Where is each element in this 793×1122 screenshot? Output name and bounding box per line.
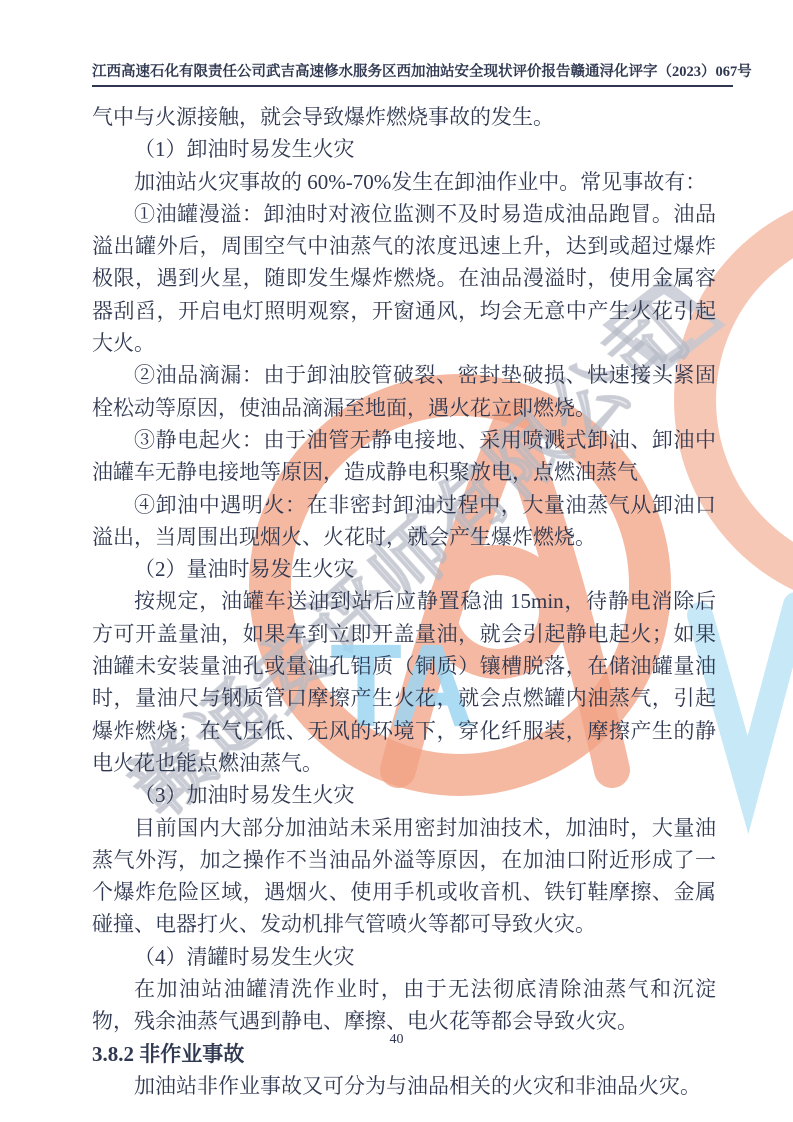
page-header: 江西高速石化有限责任公司武吉高速修水服务区西加油站安全现状评价报告 赣通浔化评字… xyxy=(92,60,733,87)
paragraph: （2）量油时易发生火灾 xyxy=(92,553,716,585)
paragraph: 加油站火灾事故的 60%-70%发生在卸油作业中。常见事故有： xyxy=(92,166,716,198)
document-body: 气中与火源接触，就会导致爆炸燃烧事故的发生。 （1）卸油时易发生火灾 加油站火灾… xyxy=(92,101,716,1102)
paragraph: （4）清罐时易发生火灾 xyxy=(92,941,716,973)
paragraph: 气中与火源接触，就会导致爆炸燃烧事故的发生。 xyxy=(92,101,716,133)
paragraph: 在加油站油罐清洗作业时，由于无法彻底清除油蒸气和沉淀物，残余油蒸气遇到静电、摩擦… xyxy=(92,973,716,1038)
paragraph: 目前国内大部分加油站未采用密封加油技术，加油时，大量油蒸气外泻，加之操作不当油品… xyxy=(92,812,716,941)
paragraph: （3）加油时易发生火灾 xyxy=(92,779,716,811)
paragraph: ①油罐漫溢：卸油时对液位监测不及时易造成油品跑冒。油品溢出罐外后，周围空气中油蒸… xyxy=(92,198,716,359)
paragraph: ③静电起火：由于油管无静电接地、采用喷溅式卸油、卸油中油罐车无静电接地等原因，造… xyxy=(92,424,716,489)
paragraph: ②油品滴漏：由于卸油胶管破裂、密封垫破损、快速接头紧固栓松动等原因，使油品滴漏至… xyxy=(92,359,716,424)
paragraph: 加油站非作业事故又可分为与油品相关的火灾和非油品火灾。 xyxy=(92,1070,716,1102)
paragraph: （1）卸油时易发生火灾 xyxy=(92,133,716,165)
paragraph: ④卸油中遇明火：在非密封卸油过程中，大量油蒸气从卸油口溢出，当周围出现烟火、火花… xyxy=(92,489,716,554)
header-report-title: 江西高速石化有限责任公司武吉高速修水服务区西加油站安全现状评价报告 xyxy=(92,60,571,81)
header-document-number: 赣通浔化评字（2023）067号 xyxy=(571,60,752,81)
paragraph: 按规定，油罐车送油到站后应静置稳油 15min，待静电消除后方可开盖量油，如果车… xyxy=(92,585,716,779)
page-footer: 40 xyxy=(0,1032,793,1048)
page-number: 40 xyxy=(390,1032,404,1047)
document-page: 赣通安评师有限公司 TA 江西高速石化有限责任公司武吉高速修水服务区 xyxy=(0,0,793,1122)
